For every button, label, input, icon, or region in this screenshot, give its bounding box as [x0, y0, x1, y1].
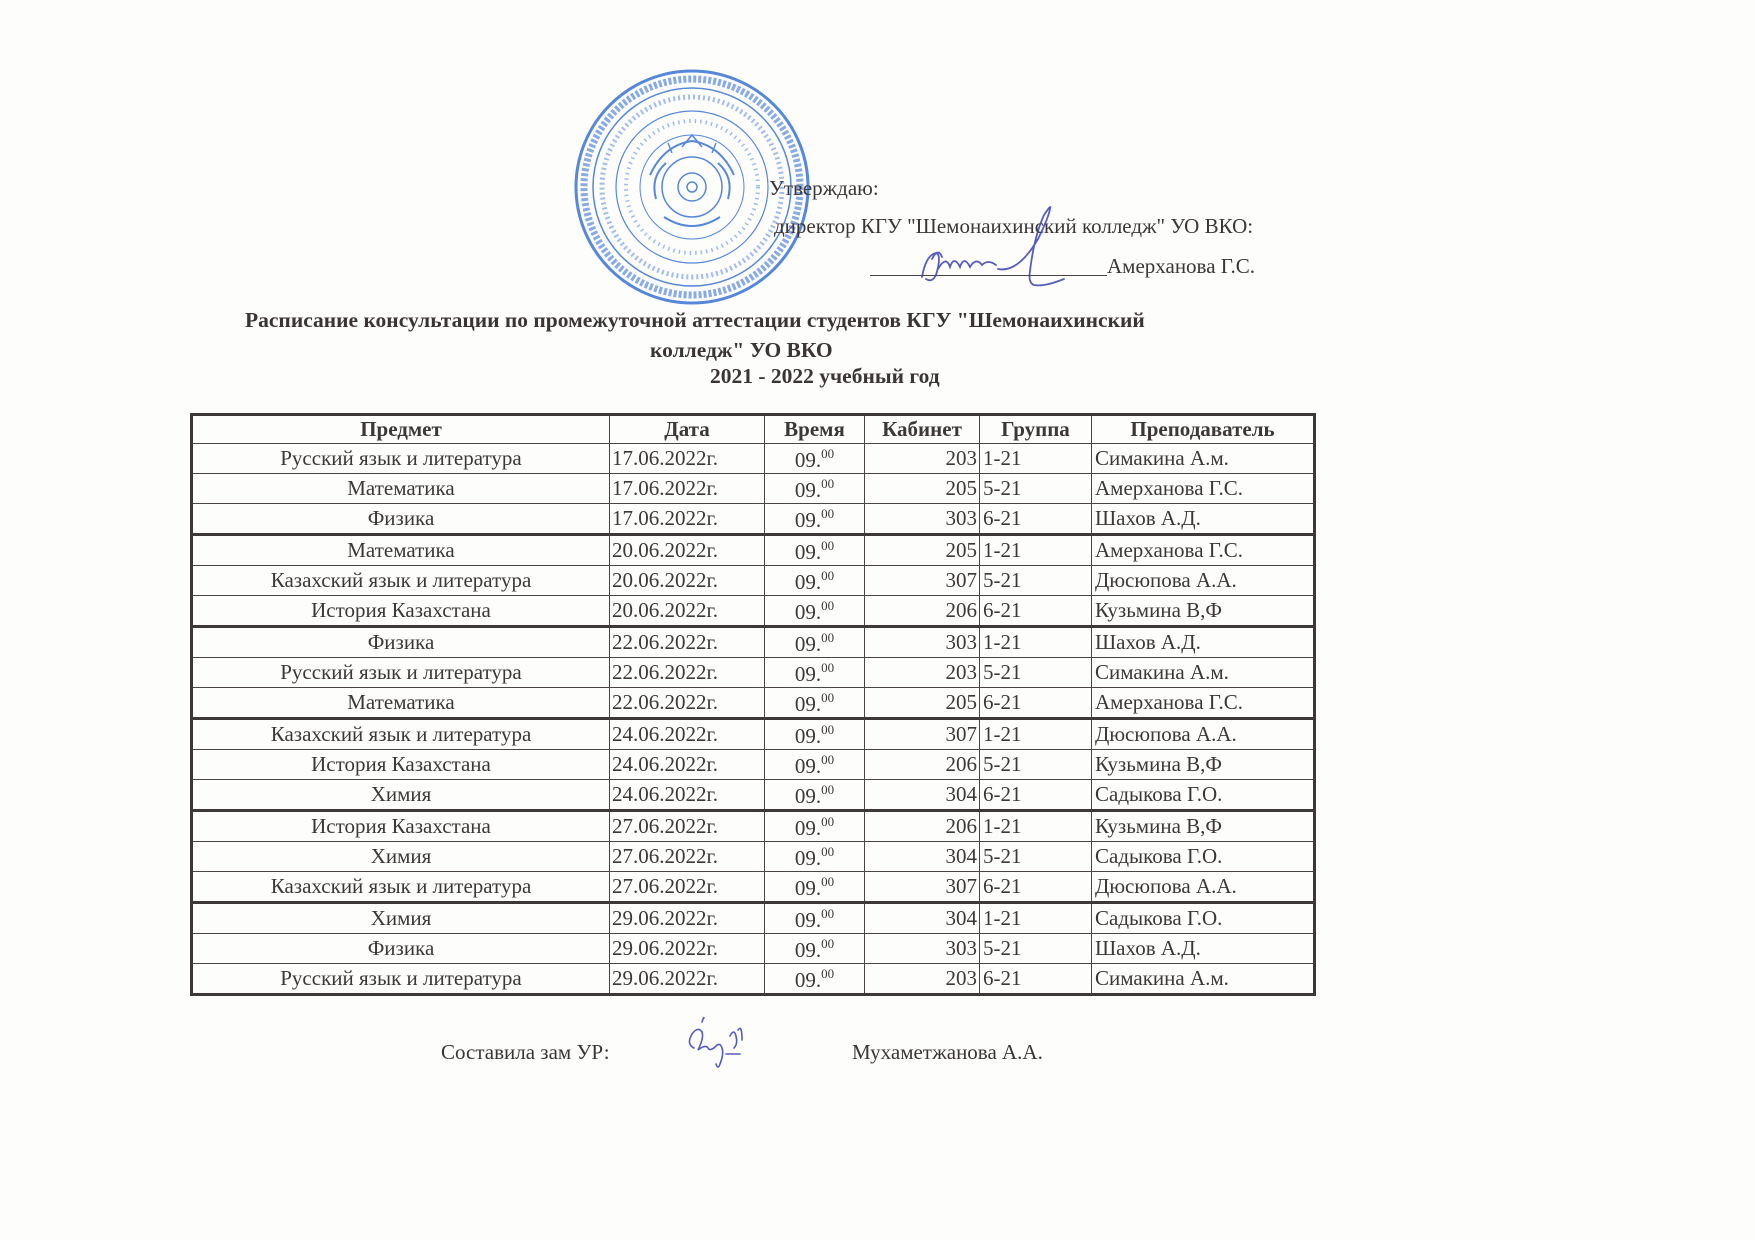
cell-teacher: Дюсюпова А.А.: [1092, 872, 1315, 903]
column-header-room: Кабинет: [865, 415, 980, 444]
table-row: Математика22.06.2022г.09.002056-21Амерха…: [192, 688, 1315, 719]
cell-group: 6-21: [980, 688, 1092, 719]
table-row: Химия29.06.2022г.09.003041-21Садыкова Г.…: [192, 903, 1315, 934]
cell-group: 1-21: [980, 627, 1092, 658]
cell-subject: Физика: [192, 627, 610, 658]
cell-time: 09.00: [765, 964, 865, 995]
cell-group: 1-21: [980, 903, 1092, 934]
cell-time: 09.00: [765, 566, 865, 596]
time-minutes: 00: [821, 936, 834, 951]
cell-time: 09.00: [765, 719, 865, 750]
time-hour: 09.: [795, 600, 821, 624]
time-hour: 09.: [795, 662, 821, 686]
cell-subject: Химия: [192, 903, 610, 934]
cell-date: 22.06.2022г.: [610, 658, 765, 688]
time-minutes: 00: [821, 506, 834, 521]
cell-subject: Математика: [192, 535, 610, 566]
approval-label: Утверждаю:: [769, 176, 879, 201]
time-hour: 09.: [795, 816, 821, 840]
table-row: Химия24.06.2022г.09.003046-21Садыкова Г.…: [192, 780, 1315, 811]
cell-subject: История Казахстана: [192, 596, 610, 627]
cell-time: 09.00: [765, 934, 865, 964]
consultation-schedule-table: Предмет Дата Время Кабинет Группа Препод…: [190, 413, 1316, 996]
cell-group: 1-21: [980, 535, 1092, 566]
cell-subject: Казахский язык и литература: [192, 566, 610, 596]
table-row: История Казахстана27.06.2022г.09.002061-…: [192, 811, 1315, 842]
time-minutes: 00: [821, 722, 834, 737]
cell-time: 09.00: [765, 627, 865, 658]
cell-subject: Математика: [192, 688, 610, 719]
cell-room: 205: [865, 474, 980, 504]
cell-room: 205: [865, 535, 980, 566]
time-minutes: 00: [821, 752, 834, 767]
column-header-group: Группа: [980, 415, 1092, 444]
cell-group: 5-21: [980, 566, 1092, 596]
document-title: Расписание консультации по промежуточной…: [245, 308, 1145, 333]
academic-year: 2021 - 2022 учебный год: [710, 364, 940, 389]
table-row: Химия27.06.2022г.09.003045-21Садыкова Г.…: [192, 842, 1315, 872]
cell-time: 09.00: [765, 688, 865, 719]
time-hour: 09.: [795, 448, 821, 472]
time-hour: 09.: [795, 570, 821, 594]
cell-subject: Казахский язык и литература: [192, 872, 610, 903]
cell-time: 09.00: [765, 872, 865, 903]
cell-time: 09.00: [765, 811, 865, 842]
cell-group: 6-21: [980, 872, 1092, 903]
column-header-date: Дата: [610, 415, 765, 444]
cell-teacher: Кузьмина В,Ф: [1092, 750, 1315, 780]
time-minutes: 00: [821, 660, 834, 675]
cell-group: 1-21: [980, 719, 1092, 750]
time-minutes: 00: [821, 538, 834, 553]
time-hour: 09.: [795, 968, 821, 992]
cell-date: 22.06.2022г.: [610, 627, 765, 658]
cell-room: 303: [865, 627, 980, 658]
time-hour: 09.: [795, 692, 821, 716]
time-hour: 09.: [795, 632, 821, 656]
cell-group: 5-21: [980, 658, 1092, 688]
cell-room: 304: [865, 903, 980, 934]
cell-subject: Русский язык и литература: [192, 444, 610, 474]
cell-teacher: Садыкова Г.О.: [1092, 780, 1315, 811]
time-hour: 09.: [795, 938, 821, 962]
table-row: История Казахстана20.06.2022г.09.002066-…: [192, 596, 1315, 627]
cell-date: 17.06.2022г.: [610, 474, 765, 504]
time-minutes: 00: [821, 966, 834, 981]
cell-teacher: Симакина А.м.: [1092, 658, 1315, 688]
cell-subject: История Казахстана: [192, 750, 610, 780]
cell-teacher: Шахов А.Д.: [1092, 627, 1315, 658]
time-hour: 09.: [795, 846, 821, 870]
cell-subject: Русский язык и литература: [192, 964, 610, 995]
time-minutes: 00: [821, 476, 834, 491]
cell-time: 09.00: [765, 780, 865, 811]
time-minutes: 00: [821, 874, 834, 889]
cell-date: 24.06.2022г.: [610, 719, 765, 750]
column-header-time: Время: [765, 415, 865, 444]
cell-room: 206: [865, 811, 980, 842]
cell-teacher: Садыкова Г.О.: [1092, 903, 1315, 934]
time-minutes: 00: [821, 690, 834, 705]
cell-room: 203: [865, 964, 980, 995]
cell-room: 307: [865, 566, 980, 596]
handwritten-signature-icon: [920, 205, 1100, 305]
time-minutes: 00: [821, 782, 834, 797]
table-row: Русский язык и литература22.06.2022г.09.…: [192, 658, 1315, 688]
cell-date: 27.06.2022г.: [610, 842, 765, 872]
time-minutes: 00: [821, 814, 834, 829]
cell-group: 1-21: [980, 811, 1092, 842]
cell-time: 09.00: [765, 842, 865, 872]
cell-group: 6-21: [980, 780, 1092, 811]
cell-teacher: Дюсюпова А.А.: [1092, 719, 1315, 750]
cell-teacher: Кузьмина В,Ф: [1092, 596, 1315, 627]
cell-date: 20.06.2022г.: [610, 535, 765, 566]
time-hour: 09.: [795, 784, 821, 808]
cell-group: 5-21: [980, 750, 1092, 780]
approver-name: Амерханова Г.С.: [1107, 254, 1255, 279]
cell-teacher: Симакина А.м.: [1092, 964, 1315, 995]
cell-room: 307: [865, 872, 980, 903]
cell-time: 09.00: [765, 474, 865, 504]
table-row: Русский язык и литература29.06.2022г.09.…: [192, 964, 1315, 995]
time-hour: 09.: [795, 540, 821, 564]
table-row: Математика20.06.2022г.09.002051-21Амерха…: [192, 535, 1315, 566]
cell-room: 205: [865, 688, 980, 719]
table-header-row: Предмет Дата Время Кабинет Группа Препод…: [192, 415, 1315, 444]
table-row: Физика22.06.2022г.09.003031-21Шахов А.Д.: [192, 627, 1315, 658]
cell-group: 1-21: [980, 444, 1092, 474]
time-minutes: 00: [821, 844, 834, 859]
time-minutes: 00: [821, 446, 834, 461]
time-minutes: 00: [821, 598, 834, 613]
table-row: Русский язык и литература17.06.2022г.09.…: [192, 444, 1315, 474]
cell-teacher: Шахов А.Д.: [1092, 934, 1315, 964]
cell-room: 304: [865, 780, 980, 811]
cell-room: 307: [865, 719, 980, 750]
cell-room: 203: [865, 658, 980, 688]
time-hour: 09.: [795, 876, 821, 900]
cell-room: 203: [865, 444, 980, 474]
table-row: Казахский язык и литература20.06.2022г.0…: [192, 566, 1315, 596]
cell-subject: История Казахстана: [192, 811, 610, 842]
cell-subject: Математика: [192, 474, 610, 504]
handwritten-signature-icon: [680, 1012, 760, 1072]
cell-date: 17.06.2022г.: [610, 444, 765, 474]
cell-group: 5-21: [980, 842, 1092, 872]
compiled-by-label: Составила зам УР:: [441, 1040, 610, 1065]
cell-subject: Казахский язык и литература: [192, 719, 610, 750]
time-hour: 09.: [795, 508, 821, 532]
cell-teacher: Амерханова Г.С.: [1092, 688, 1315, 719]
cell-teacher: Садыкова Г.О.: [1092, 842, 1315, 872]
cell-room: 303: [865, 504, 980, 535]
column-header-teacher: Преподаватель: [1092, 415, 1315, 444]
cell-time: 09.00: [765, 596, 865, 627]
table-row: Физика17.06.2022г.09.003036-21Шахов А.Д.: [192, 504, 1315, 535]
cell-time: 09.00: [765, 658, 865, 688]
cell-teacher: Кузьмина В,Ф: [1092, 811, 1315, 842]
time-minutes: 00: [821, 630, 834, 645]
cell-teacher: Дюсюпова А.А.: [1092, 566, 1315, 596]
cell-time: 09.00: [765, 750, 865, 780]
cell-group: 6-21: [980, 964, 1092, 995]
cell-teacher: Шахов А.Д.: [1092, 504, 1315, 535]
table-row: История Казахстана24.06.2022г.09.002065-…: [192, 750, 1315, 780]
cell-subject: Химия: [192, 780, 610, 811]
cell-room: 304: [865, 842, 980, 872]
cell-teacher: Амерханова Г.С.: [1092, 535, 1315, 566]
cell-subject: Физика: [192, 934, 610, 964]
column-header-subject: Предмет: [192, 415, 610, 444]
cell-subject: Химия: [192, 842, 610, 872]
cell-group: 6-21: [980, 596, 1092, 627]
cell-date: 29.06.2022г.: [610, 964, 765, 995]
time-hour: 09.: [795, 754, 821, 778]
cell-teacher: Симакина А.м.: [1092, 444, 1315, 474]
time-hour: 09.: [795, 908, 821, 932]
time-minutes: 00: [821, 906, 834, 921]
cell-date: 22.06.2022г.: [610, 688, 765, 719]
cell-time: 09.00: [765, 504, 865, 535]
cell-date: 20.06.2022г.: [610, 596, 765, 627]
cell-subject: Физика: [192, 504, 610, 535]
table-row: Казахский язык и литература24.06.2022г.0…: [192, 719, 1315, 750]
cell-subject: Русский язык и литература: [192, 658, 610, 688]
table-row: Математика17.06.2022г.09.002055-21Амерха…: [192, 474, 1315, 504]
time-hour: 09.: [795, 724, 821, 748]
table-row: Казахский язык и литература27.06.2022г.0…: [192, 872, 1315, 903]
compiled-by-name: Мухаметжанова А.А.: [852, 1040, 1043, 1065]
cell-date: 29.06.2022г.: [610, 903, 765, 934]
document-title-continued: колледж" УО ВКО: [650, 338, 833, 363]
cell-date: 24.06.2022г.: [610, 750, 765, 780]
cell-time: 09.00: [765, 903, 865, 934]
cell-time: 09.00: [765, 444, 865, 474]
cell-room: 206: [865, 750, 980, 780]
cell-time: 09.00: [765, 535, 865, 566]
cell-date: 24.06.2022г.: [610, 780, 765, 811]
cell-date: 29.06.2022г.: [610, 934, 765, 964]
table-row: Физика29.06.2022г.09.003035-21Шахов А.Д.: [192, 934, 1315, 964]
cell-date: 17.06.2022г.: [610, 504, 765, 535]
time-minutes: 00: [821, 568, 834, 583]
cell-teacher: Амерханова Г.С.: [1092, 474, 1315, 504]
cell-group: 5-21: [980, 934, 1092, 964]
time-hour: 09.: [795, 478, 821, 502]
cell-room: 303: [865, 934, 980, 964]
cell-room: 206: [865, 596, 980, 627]
cell-group: 6-21: [980, 504, 1092, 535]
cell-date: 20.06.2022г.: [610, 566, 765, 596]
cell-date: 27.06.2022г.: [610, 872, 765, 903]
cell-date: 27.06.2022г.: [610, 811, 765, 842]
cell-group: 5-21: [980, 474, 1092, 504]
